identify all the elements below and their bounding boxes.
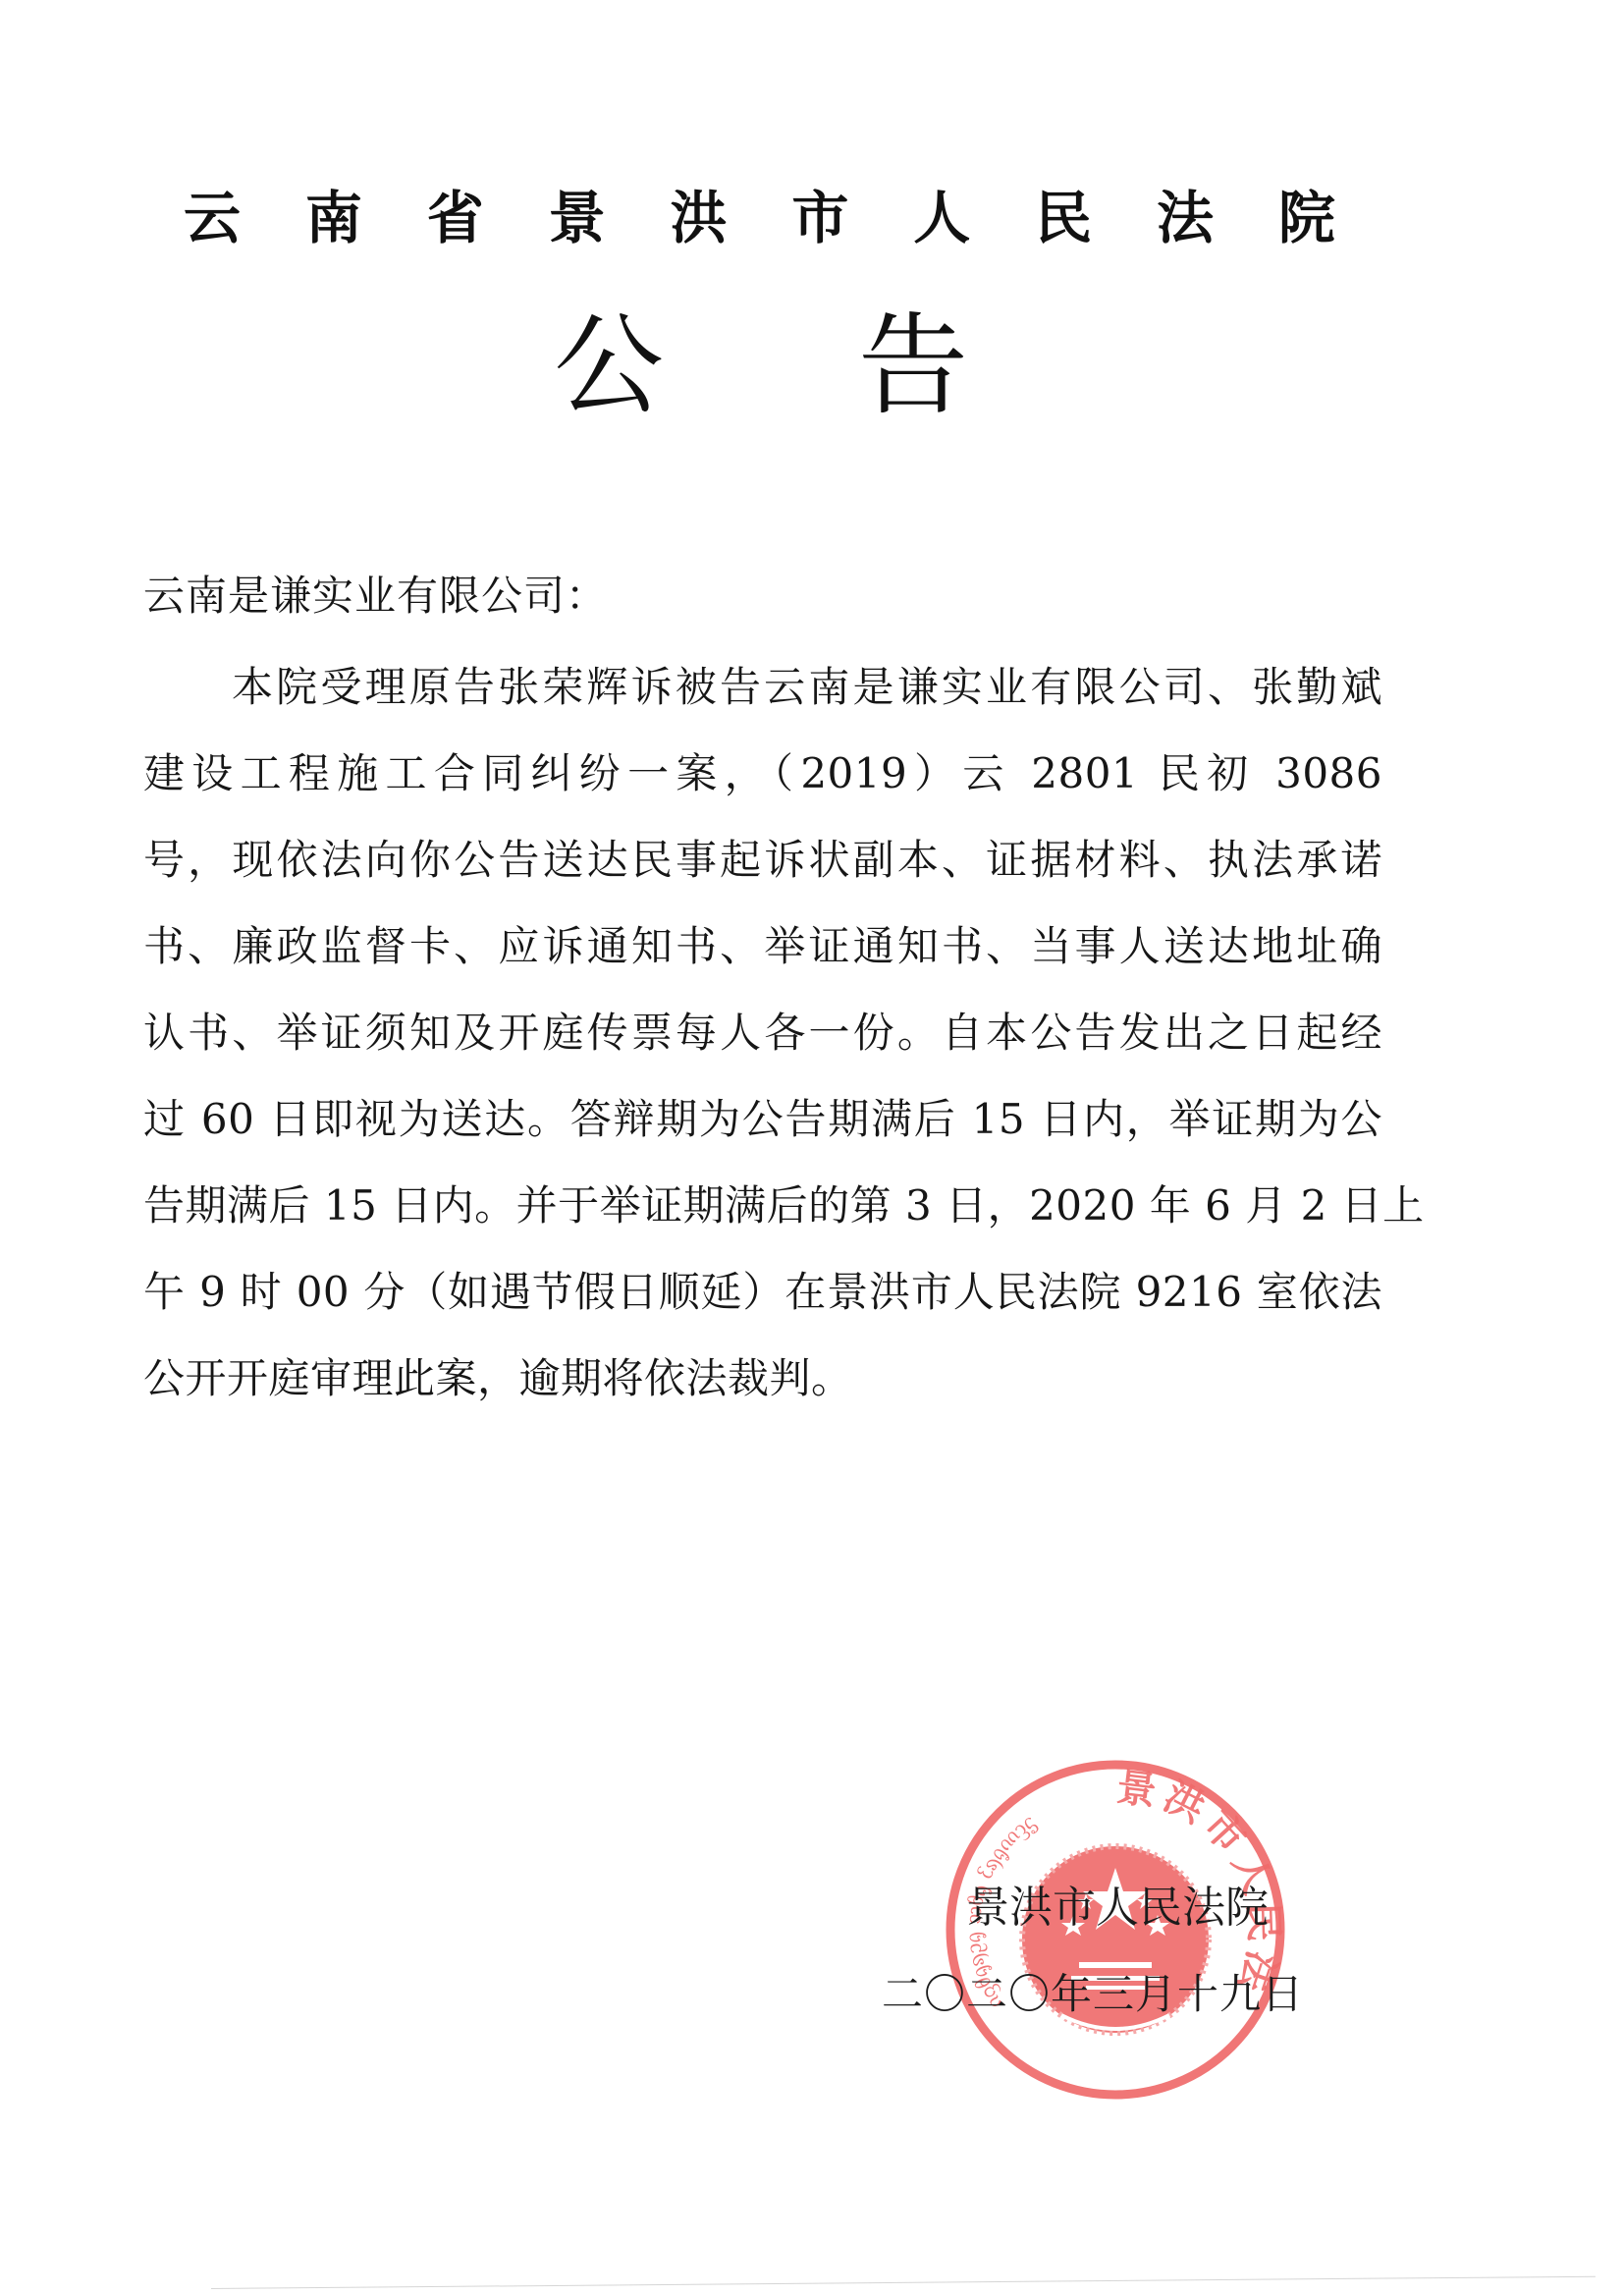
- body-line: 认书、举证须知及开庭传票每人各一份。自本公告发出之日起经: [143, 990, 1382, 1076]
- court-name-char: 人: [912, 183, 971, 253]
- court-name-char: 洪: [670, 183, 729, 253]
- court-name-char: 景: [548, 183, 607, 253]
- document-title: 公 告: [550, 302, 972, 430]
- court-name-char: 南: [304, 183, 363, 253]
- notice-body: 本院受理原告张荣辉诉被告云南是谦实业有限公司、张勤斌 建设工程施工合同纠纷一案，…: [143, 644, 1382, 1422]
- court-name-char: 云: [183, 183, 242, 253]
- document-page: 云 南 省 景 洪 市 人 民 法 院 公 告 云南是谦实业有限公司： 本院受理…: [0, 0, 1623, 2296]
- court-name-char: 法: [1156, 183, 1215, 253]
- document-title-char: 告: [854, 302, 972, 430]
- issue-date: 二〇二〇年三月十九日: [882, 1968, 1304, 2021]
- addressee: 云南是谦实业有限公司：: [143, 572, 608, 621]
- body-line: 建设工程施工合同纠纷一案，（2019）云 2801 民初 3086: [143, 731, 1382, 817]
- court-name-heading: 云 南 省 景 洪 市 人 民 法 院: [183, 183, 1336, 253]
- court-name-char: 市: [790, 183, 849, 253]
- body-line: 告期满后 15 日内。并于举证期满后的第 3 日，2020 年 6 月 2 日上: [143, 1163, 1382, 1249]
- body-line: 午 9 时 00 分（如遇节假日顺延）在景洪市人民法院 9216 室依法: [143, 1249, 1382, 1336]
- court-name-char: 省: [426, 183, 485, 253]
- scan-artifact-line: [211, 2276, 1596, 2289]
- court-name-char: 民: [1034, 183, 1093, 253]
- body-line: 号，现依法向你公告送达民事起诉状副本、证据材料、执法承诺: [143, 817, 1382, 903]
- issuing-court: 景洪市人民法院: [966, 1882, 1269, 1935]
- body-line: 过 60 日即视为送达。答辩期为公告期满后 15 日内，举证期为公: [143, 1076, 1382, 1163]
- document-title-char: 公: [550, 302, 668, 430]
- body-line: 本院受理原告张荣辉诉被告云南是谦实业有限公司、张勤斌: [143, 644, 1382, 731]
- court-name-char: 院: [1277, 183, 1336, 253]
- body-line: 公开开庭审理此案，逾期将依法裁判。: [143, 1336, 1382, 1422]
- body-line: 书、廉政监督卡、应诉通知书、举证通知书、当事人送达地址确: [143, 903, 1382, 990]
